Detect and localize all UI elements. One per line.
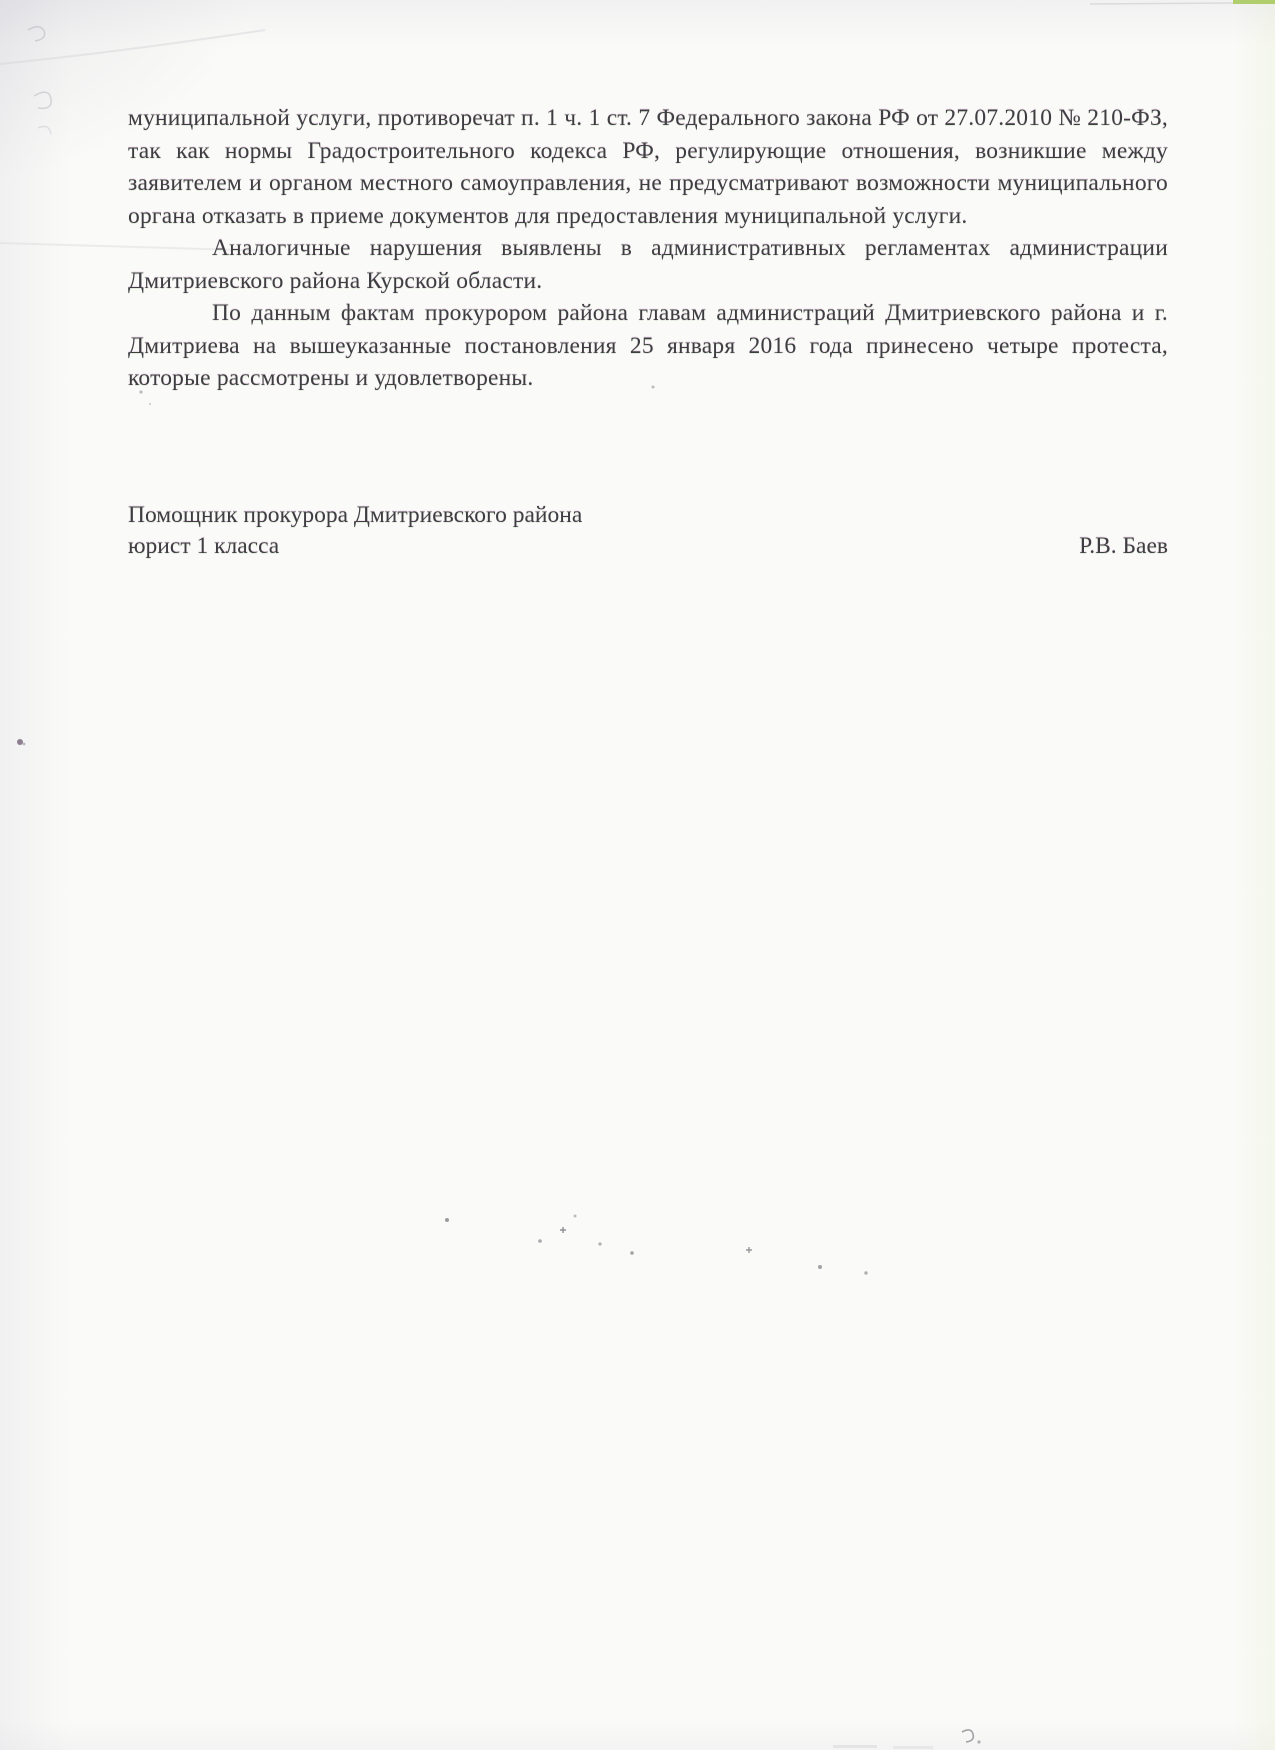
dust-speck <box>818 1265 822 1269</box>
crease-curl-mark <box>34 92 51 108</box>
signer-role-line2: юрист 1 класса <box>128 531 582 562</box>
signature-block: Помощник прокурора Дмитриевского района … <box>128 500 1168 561</box>
dust-speck <box>445 1218 449 1222</box>
ink-speck <box>17 739 23 745</box>
dust-speck <box>977 1740 980 1743</box>
dust-speck <box>598 1242 601 1245</box>
paragraph-similar-violations: Аналогичные нарушения выявлены в админис… <box>128 232 1168 297</box>
dust-speck <box>746 1247 752 1253</box>
signer-role: Помощник прокурора Дмитриевского района … <box>128 500 582 561</box>
scan-bottom-streak <box>893 1746 933 1749</box>
dust-speck <box>538 1239 542 1243</box>
document-text-block: муниципальной услуги, противоречат п. 1 … <box>128 102 1168 395</box>
dust-speck <box>864 1271 867 1274</box>
paragraph-legal-conflict: муниципальной услуги, противоречат п. 1 … <box>128 102 1168 232</box>
crease-curl-mark <box>28 27 45 41</box>
signer-role-line1: Помощник прокурора Дмитриевского района <box>128 500 582 531</box>
scan-bottom-streak <box>833 1745 877 1748</box>
scan-top-edge-line <box>1090 3 1233 4</box>
dust-speck <box>149 403 151 405</box>
dust-speck <box>574 1215 577 1218</box>
scanned-document-page: муниципальной услуги, противоречат п. 1 … <box>0 0 1275 1750</box>
dust-speck <box>560 1227 566 1233</box>
crease-curl-mark <box>38 126 51 134</box>
dust-speck <box>630 1251 634 1255</box>
ink-speck <box>23 743 26 746</box>
paragraph-protests: По данным фактам прокурором района глава… <box>128 297 1168 395</box>
crease-line <box>0 30 265 64</box>
signer-name: Р.В. Баев <box>1079 531 1168 562</box>
pen-squiggle <box>962 1730 973 1742</box>
